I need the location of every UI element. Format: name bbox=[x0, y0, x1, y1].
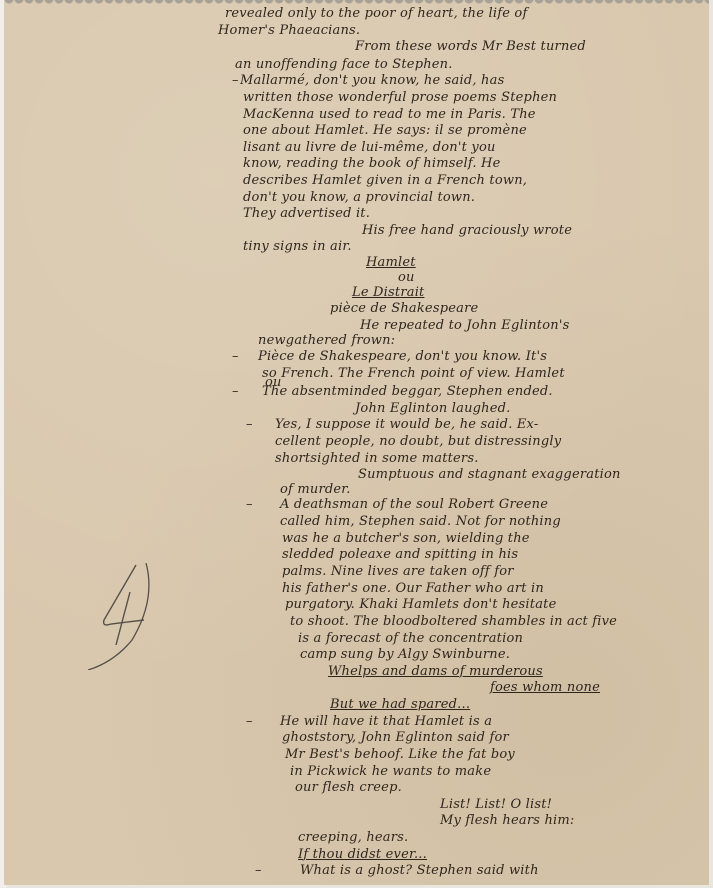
manuscript-line: was he a butcher's son, wielding the bbox=[282, 531, 530, 546]
dialogue-dash: – bbox=[246, 714, 253, 729]
manuscript-line: to shoot. The bloodboltered shambles in … bbox=[290, 614, 617, 629]
manuscript-line: so French. The French point of view. Ham… bbox=[262, 366, 565, 381]
manuscript-line: creeping, hears. bbox=[298, 830, 408, 845]
dialogue-dash: – bbox=[232, 349, 239, 364]
manuscript-line: Whelps and dams of murderous bbox=[328, 664, 543, 679]
manuscript-line: Pièce de Shakespeare, don't you know. It… bbox=[258, 349, 547, 364]
manuscript-line: A deathsman of the soul Robert Greene bbox=[280, 497, 548, 512]
dialogue-dash: – bbox=[232, 384, 239, 399]
manuscript-line: Mr Best's behoof. Like the fat boy bbox=[285, 747, 515, 762]
manuscript-line: his father's one. Our Father who art in bbox=[282, 581, 544, 596]
manuscript-line: know, reading the book of himself. He bbox=[243, 156, 501, 171]
manuscript-line: revealed only to the poor of heart, the … bbox=[225, 6, 527, 21]
manuscript-line: describes Hamlet given in a French town, bbox=[243, 173, 527, 188]
manuscript-line: shortsighted in some matters. bbox=[275, 451, 479, 466]
manuscript-line: lisant au livre de lui-même, don't you bbox=[243, 140, 496, 155]
manuscript-line: of murder. bbox=[280, 482, 351, 497]
manuscript-line: palms. Nine lives are taken off for bbox=[282, 564, 514, 579]
manuscript-line: Le Distrait bbox=[352, 285, 424, 300]
manuscript-line: cellent people, no doubt, but distressin… bbox=[275, 434, 561, 449]
manuscript-line: one about Hamlet. He says: il se promène bbox=[243, 123, 527, 138]
manuscript-line: Sumptuous and stagnant exaggeration bbox=[358, 467, 621, 482]
manuscript-line: ou bbox=[398, 270, 415, 285]
manuscript-line: But we had spared... bbox=[330, 697, 470, 712]
manuscript-line: called him, Stephen said. Not for nothin… bbox=[280, 514, 561, 529]
manuscript-line: Mallarmé, don't you know, he said, has bbox=[240, 73, 504, 88]
dialogue-dash: – bbox=[232, 73, 239, 88]
manuscript-line: John Eglinton laughed. bbox=[355, 401, 511, 416]
manuscript-line: His free hand graciously wrote bbox=[362, 223, 572, 238]
manuscript-line: From these words Mr Best turned bbox=[355, 39, 586, 54]
manuscript-line: List! List! O list! bbox=[440, 797, 552, 812]
folio-number-4 bbox=[84, 560, 154, 670]
manuscript-line: sledded poleaxe and spitting in his bbox=[282, 547, 518, 562]
manuscript-line: My flesh hears him: bbox=[440, 813, 575, 828]
manuscript-line: newgathered frown: bbox=[258, 333, 395, 348]
manuscript-line: He repeated to John Eglinton's bbox=[360, 318, 569, 333]
manuscript-line: foes whom none bbox=[490, 680, 600, 695]
manuscript-line: ghoststory, John Eglinton said for bbox=[282, 730, 509, 745]
manuscript-line: If thou didst ever... bbox=[298, 847, 427, 862]
manuscript-line: Hamlet bbox=[366, 255, 416, 270]
dialogue-dash: – bbox=[246, 417, 253, 432]
manuscript-line: is a forecast of the concentration bbox=[298, 631, 523, 646]
manuscript-line: He will have it that Hamlet is a bbox=[280, 714, 492, 729]
manuscript-line: The absentminded beggar, Stephen ended. bbox=[262, 384, 553, 399]
manuscript-line: Yes, I suppose it would be, he said. Ex- bbox=[275, 417, 538, 432]
manuscript-line: Homer's Phaeacians. bbox=[218, 23, 360, 38]
manuscript-line: pièce de Shakespeare bbox=[330, 301, 478, 316]
manuscript-line: camp sung by Algy Swinburne. bbox=[300, 647, 510, 662]
dialogue-dash: – bbox=[255, 863, 262, 878]
manuscript-line: an unoffending face to Stephen. bbox=[235, 57, 453, 72]
manuscript-line: written those wonderful prose poems Step… bbox=[243, 90, 557, 105]
manuscript-line: tiny signs in air. bbox=[243, 239, 352, 254]
manuscript-line: in Pickwick he wants to make bbox=[290, 764, 491, 779]
dialogue-dash: – bbox=[246, 497, 253, 512]
manuscript-page: 4 revealed only to the poor of heart, th… bbox=[4, 0, 709, 885]
manuscript-line: They advertised it. bbox=[243, 206, 370, 221]
manuscript-line: MacKenna used to read to me in Paris. Th… bbox=[243, 107, 536, 122]
manuscript-line: purgatory. Khaki Hamlets don't hesitate bbox=[285, 597, 556, 612]
manuscript-line: What is a ghost? Stephen said with bbox=[300, 863, 539, 878]
manuscript-line: our flesh creep. bbox=[295, 780, 402, 795]
manuscript-line: don't you know, a provincial town. bbox=[243, 190, 475, 205]
